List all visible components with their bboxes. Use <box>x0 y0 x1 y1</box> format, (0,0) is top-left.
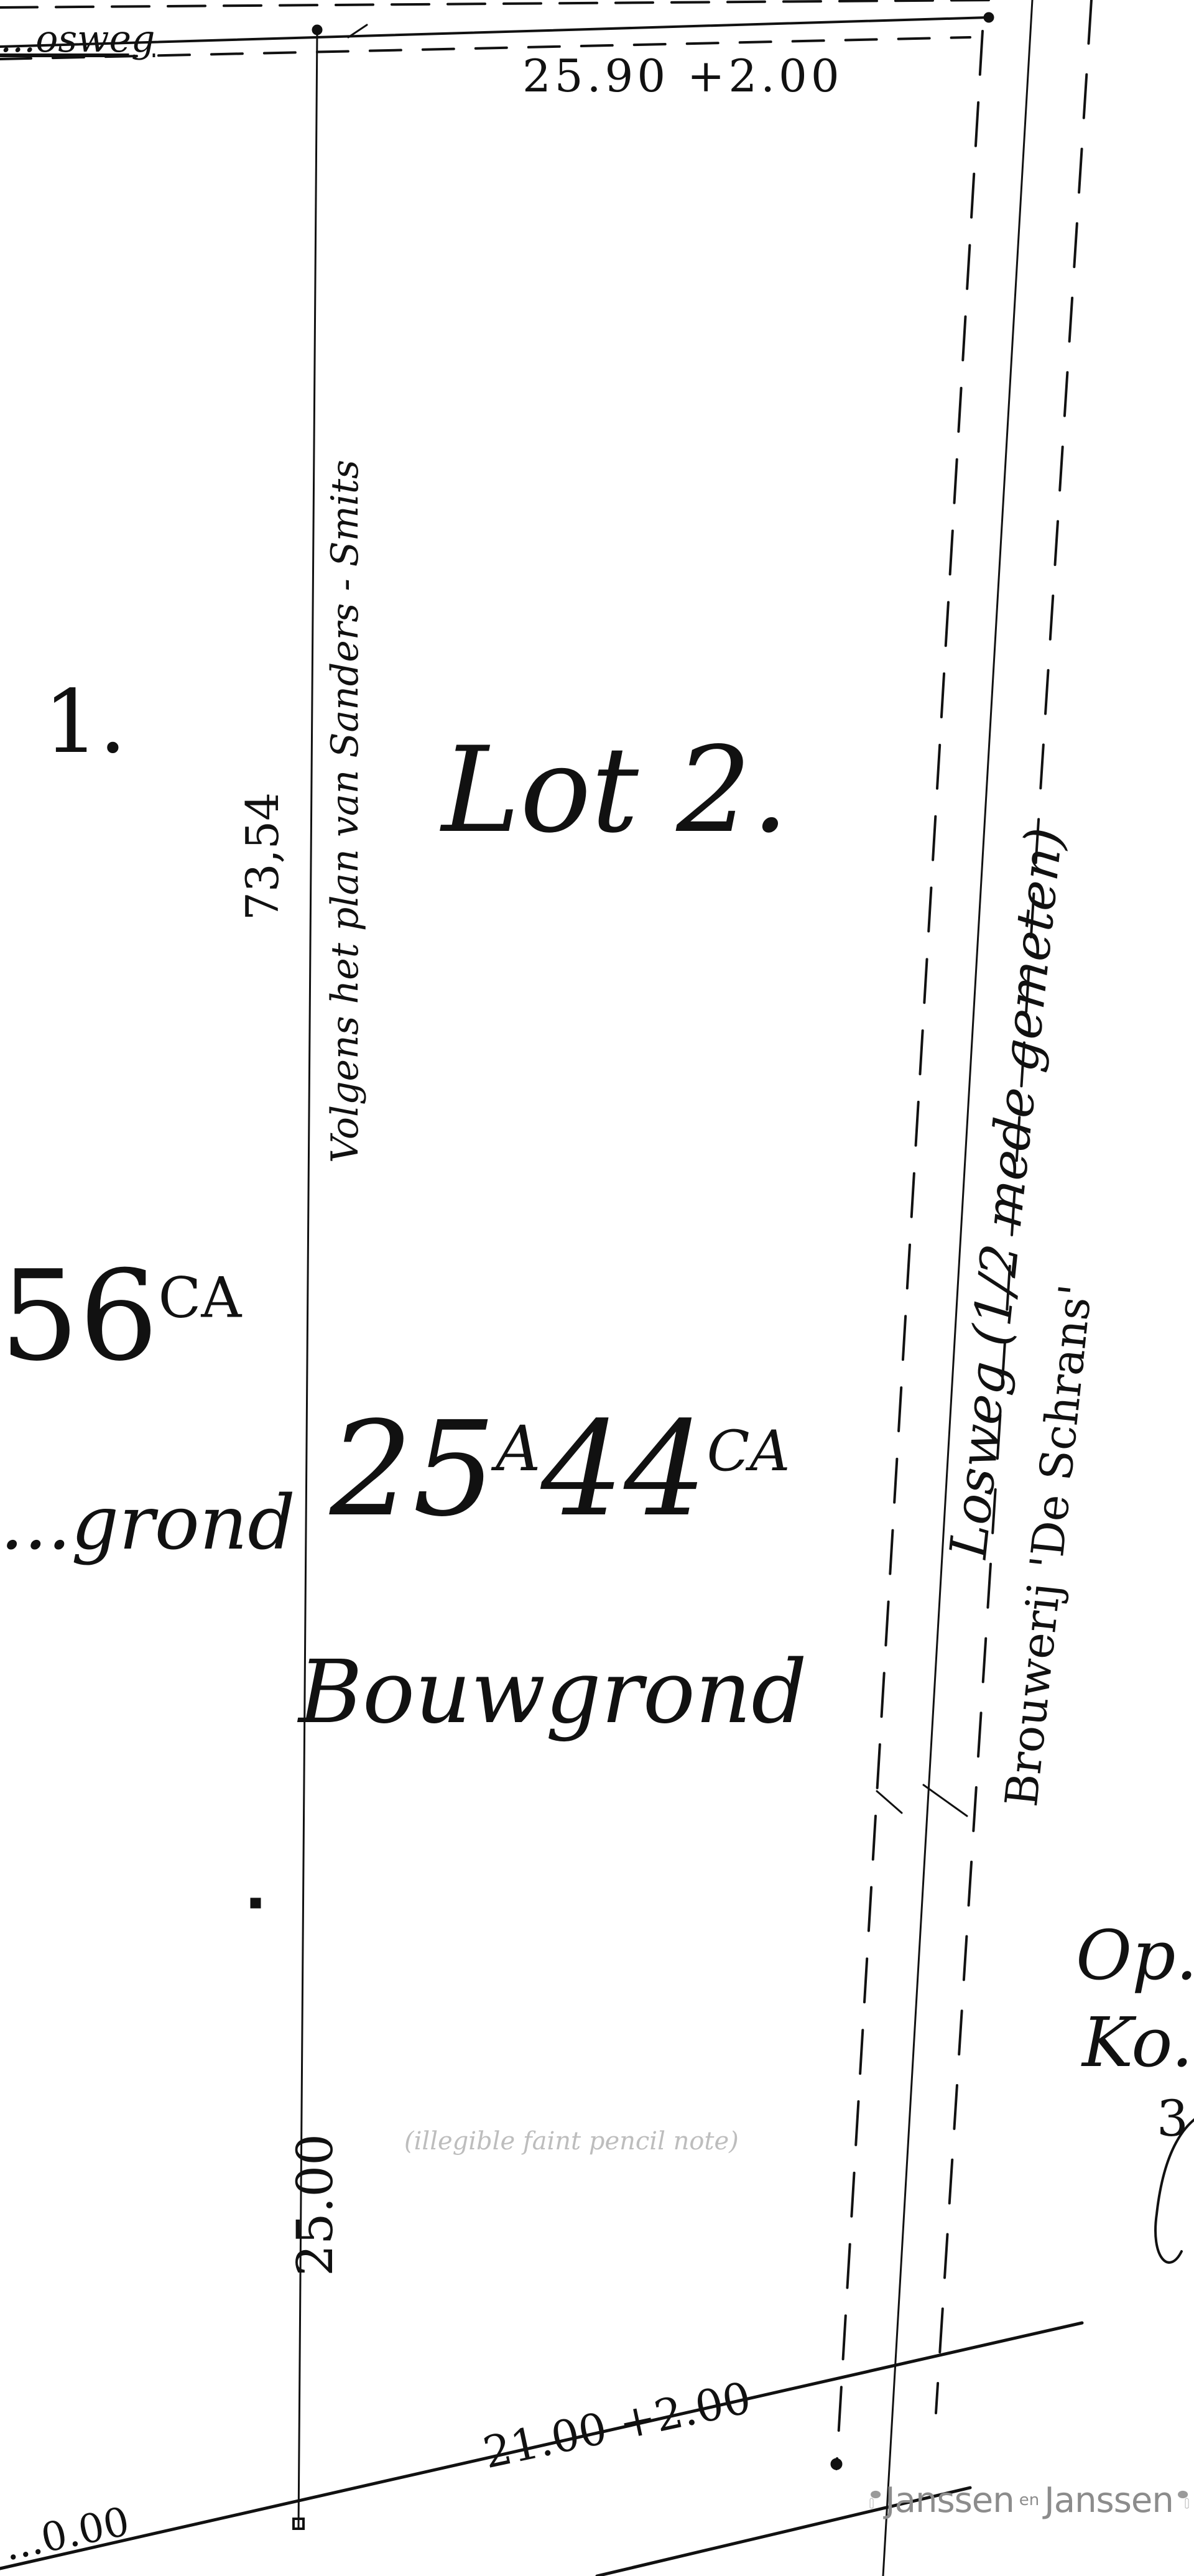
left-land-use: ...grond <box>0 1480 295 1567</box>
marker-top-left <box>312 25 322 35</box>
watermark-brand-mid: en <box>1019 2491 1039 2509</box>
left-lot-number: 1. <box>44 672 127 773</box>
watermark-logo: Janssen en Janssen <box>868 2463 1191 2537</box>
side-length-label: 73,54 <box>236 792 289 920</box>
lot2-area-centiares-unit: CA <box>707 1419 790 1484</box>
left-area-unit: CA <box>159 1265 242 1330</box>
watermark-brand-right: Janssen <box>1044 2480 1173 2521</box>
marker-mid-left <box>251 1898 261 1908</box>
half-mark-2 <box>923 1785 967 1816</box>
faint-note: (illegible faint pencil note) <box>404 2127 739 2156</box>
lot2-land-use: Bouwgrond <box>298 1642 807 1743</box>
lot-title: Lot 2. <box>442 721 789 859</box>
watermark-brand-left: Janssen <box>885 2480 1014 2521</box>
right-label-2: Ko... <box>1082 2003 1194 2082</box>
left-area-value: 56 <box>0 1244 159 1389</box>
reference-note: Volgens het plan van Sanders - Smits <box>323 460 367 1163</box>
left-area: 56CA <box>0 1244 241 1389</box>
right-label-1: Op... <box>1076 1916 1194 1995</box>
top-road-dashed-line <box>0 0 995 7</box>
lot2-area-ares: 25 <box>330 1393 496 1545</box>
hat-hand-icon <box>868 2480 881 2520</box>
top-road-label: ...osweg <box>0 17 155 61</box>
marker-top-right <box>984 12 994 22</box>
hat-hand-icon <box>1177 2480 1191 2520</box>
half-mark-1 <box>877 1791 902 1813</box>
lot2-area-centiares: 44 <box>540 1393 706 1545</box>
marker-bottom-right <box>831 2458 842 2470</box>
lot2-area: 25A44CA <box>330 1393 790 1545</box>
bottom-side-length: 25.00 <box>286 2134 344 2276</box>
right-number: 3 <box>1157 2090 1188 2147</box>
top-dimension: 25.90 +2.00 <box>522 50 843 102</box>
lot2-area-ares-unit: A <box>496 1412 540 1485</box>
